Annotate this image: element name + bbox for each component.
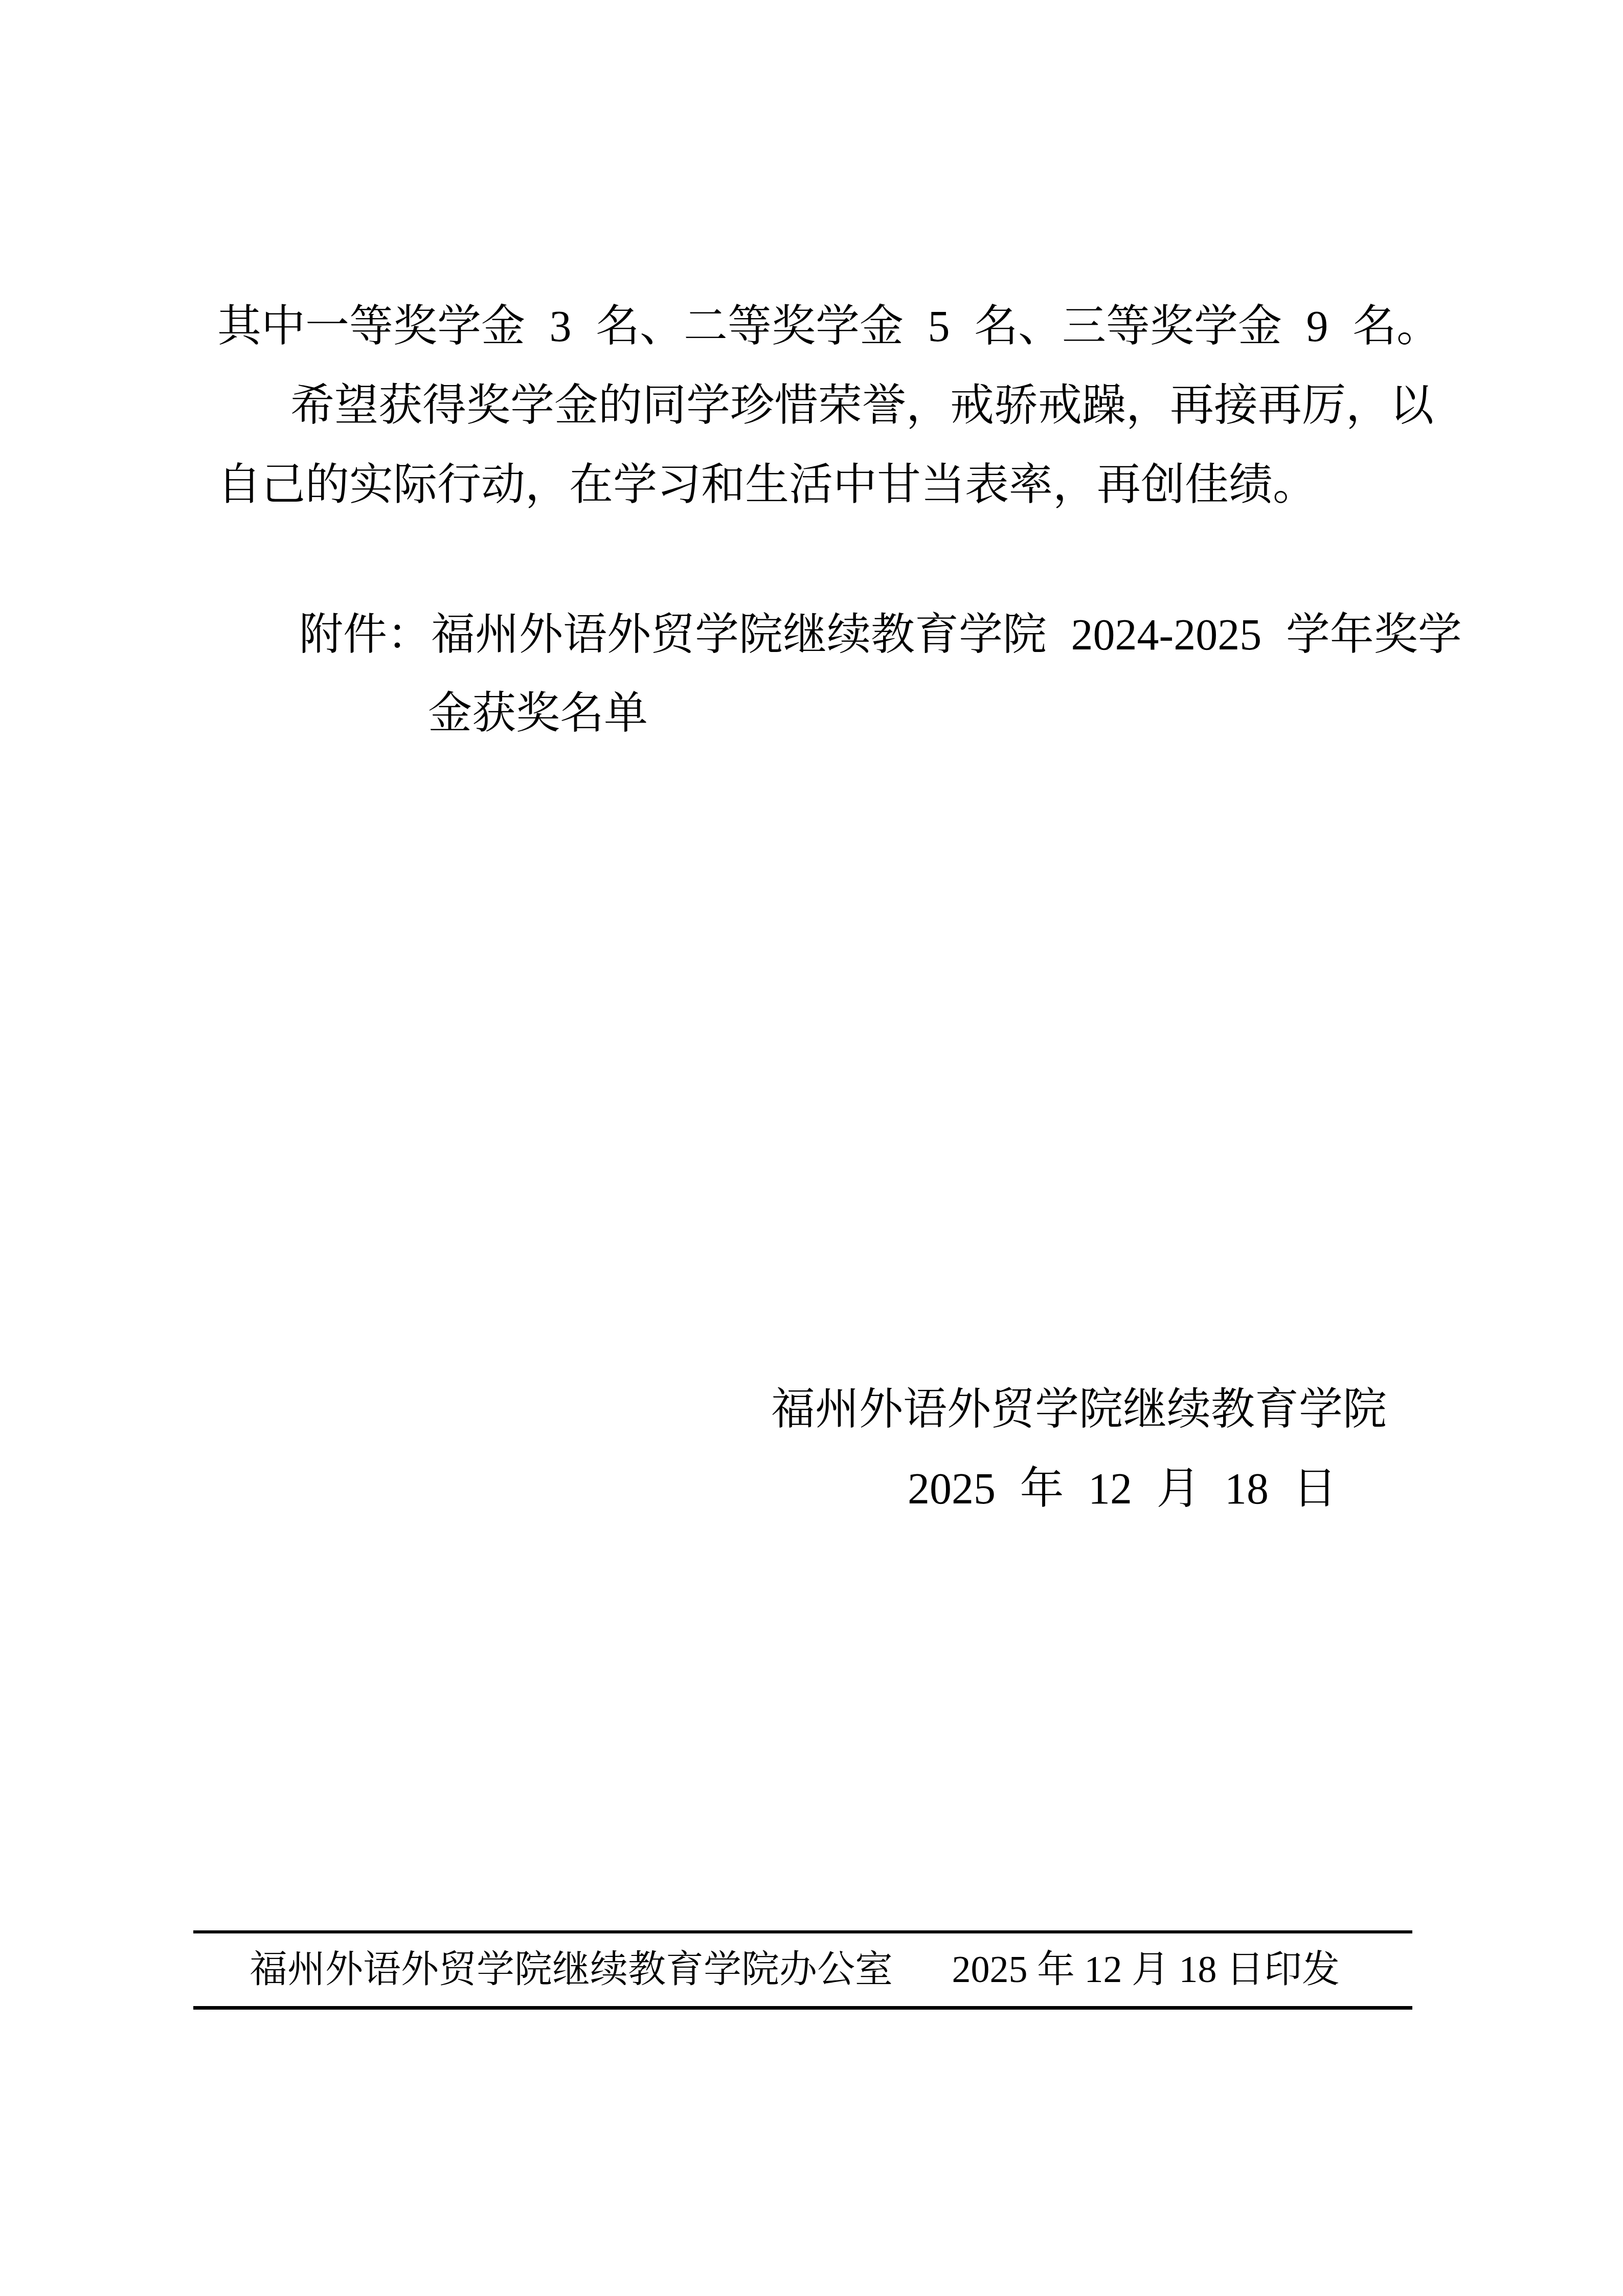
attachment-line-1: 附件：福州外语外贸学院继续教育学院 2024-2025 学年奖学 xyxy=(299,613,1462,657)
signature-organization: 福州外语外贸学院继续教育学院 xyxy=(771,1387,1387,1431)
body-line-1: 其中一等奖学金 3 名、二等奖学金 5 名、三等奖学金 9 名。 xyxy=(217,304,1440,348)
footer-print-date: 2025 年 12 月 18 日印发 xyxy=(952,1951,1340,1989)
body-line-2: 希望获得奖学金的同学珍惜荣誉，戒骄戒躁，再接再厉，以 xyxy=(290,384,1434,427)
document-page: 其中一等奖学金 3 名、二等奖学金 5 名、三等奖学金 9 名。 希望获得奖学金… xyxy=(0,0,1623,2296)
body-line-3: 自己的实际行动，在学习和生活中甘当表率，再创佳绩。 xyxy=(217,463,1317,507)
footer-colophon: 福州外语外贸学院继续教育学院办公室 2025 年 12 月 18 日印发 xyxy=(193,1930,1412,2010)
signature-date: 2025 年 12 月 18 日 xyxy=(908,1467,1337,1511)
attachment-line-2: 金获奖名单 xyxy=(428,691,648,735)
footer-issuer: 福州外语外贸学院继续教育学院办公室 xyxy=(250,1951,893,1989)
